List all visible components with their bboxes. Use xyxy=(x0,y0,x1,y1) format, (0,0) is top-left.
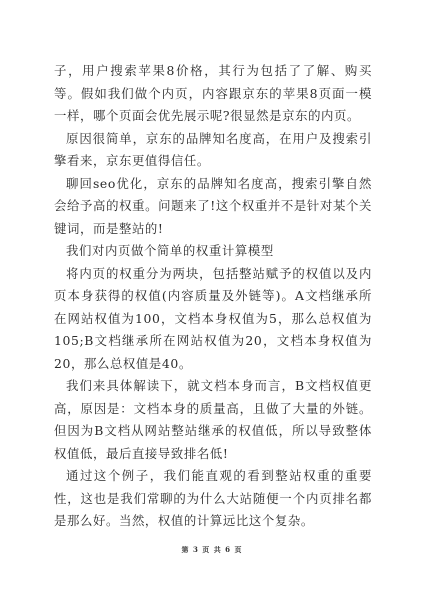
page-number-footer: 第 3 页 共 6 页 xyxy=(0,545,424,555)
paragraph-3: 聊回seo优化，京东的品牌知名度高，搜索引擎自然会给予高的权重。问题来了!这个权… xyxy=(54,173,372,241)
paragraph-4: 我们对内页做个简单的权重计算模型 xyxy=(54,240,372,263)
document-body: 子，用户搜索苹果8价格，其行为包括了了解、购买等。假如我们做个内页，内容跟京东的… xyxy=(54,60,372,533)
paragraph-7: 通过这个例子，我们能直观的看到整站权重的重要性，这也是我们常聊的为什么大站随便一… xyxy=(54,465,372,533)
paragraph-6: 我们来具体解读下，就文档本身而言，B文档权值更高，原因是：文档本身的质量高，且做… xyxy=(54,375,372,465)
paragraph-2: 原因很简单，京东的品牌知名度高，在用户及搜索引擎看来，京东更值得信任。 xyxy=(54,128,372,173)
document-page: 子，用户搜索苹果8价格，其行为包括了了解、购买等。假如我们做个内页，内容跟京东的… xyxy=(0,0,424,600)
paragraph-5: 将内页的权重分为两块，包括整站赋予的权值以及内页本身获得的权值(内容质量及外链等… xyxy=(54,263,372,376)
paragraph-1: 子，用户搜索苹果8价格，其行为包括了了解、购买等。假如我们做个内页，内容跟京东的… xyxy=(54,60,372,128)
